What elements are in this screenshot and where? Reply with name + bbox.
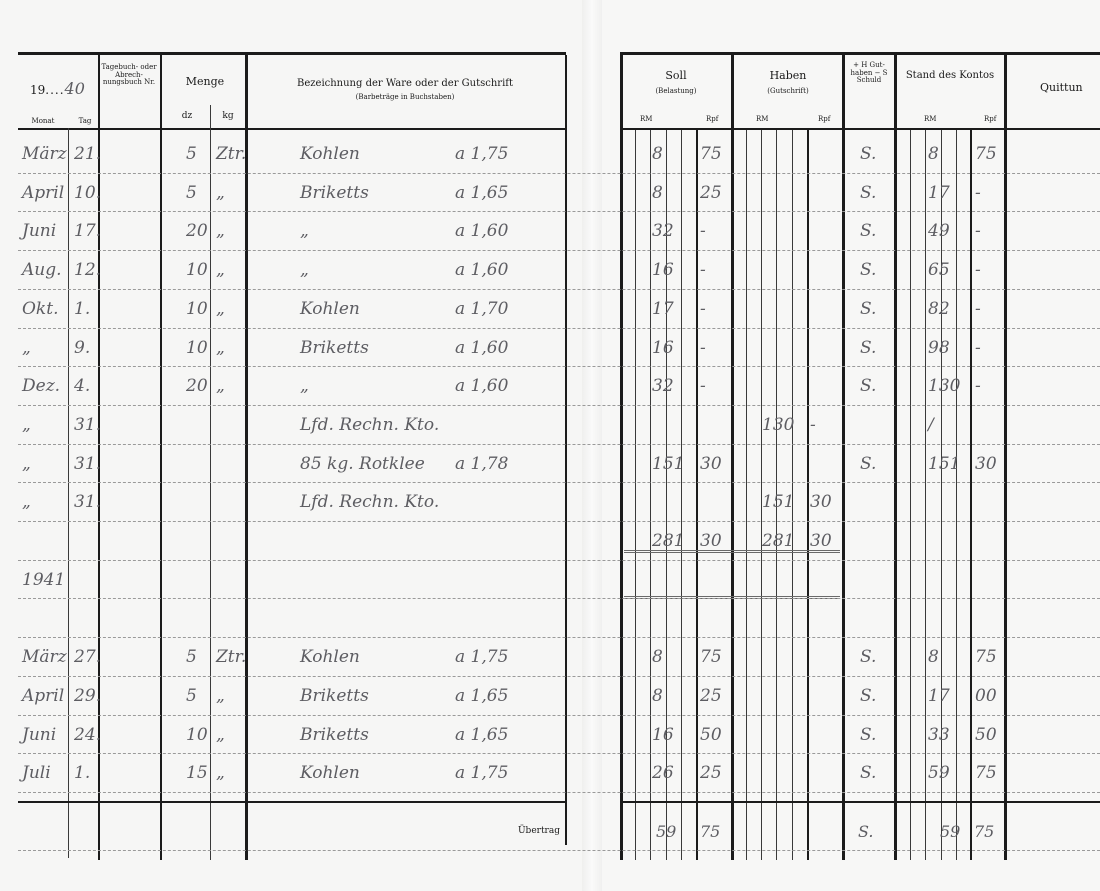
entry-soll-rpf: 50 xyxy=(700,725,722,745)
entry-stand-rm: 8 xyxy=(928,647,939,667)
row-line xyxy=(18,366,1100,367)
entry-soll-rm: 26 xyxy=(652,763,674,783)
entry-item: „ xyxy=(300,260,309,280)
entry-soll-rm: 8 xyxy=(652,647,663,667)
entry-day: 10. xyxy=(74,183,101,203)
entry-price: a 1,75 xyxy=(455,144,508,164)
entry-haben-rpf: - xyxy=(810,415,816,435)
entry-month: „ xyxy=(22,454,31,474)
entry-stand-rpf: 50 xyxy=(975,725,997,745)
left-ledger-page xyxy=(0,0,588,891)
entry-price: a 1,78 xyxy=(455,454,508,474)
entry-month: „ xyxy=(22,338,31,358)
entry-hs: S. xyxy=(860,338,876,358)
rule-stand-quittung xyxy=(1004,55,1007,860)
entry-item: Briketts xyxy=(300,725,369,745)
stand-digit-rule xyxy=(910,130,911,860)
entry-day: 12. xyxy=(74,260,101,280)
entry-item: Lfd. Rechn. Kto. xyxy=(300,415,439,435)
entry-item: Briketts xyxy=(300,183,369,203)
entry-soll-rpf: 30 xyxy=(700,454,722,474)
soll-digit-rule xyxy=(635,130,636,860)
entry-day: 1. xyxy=(74,299,90,319)
entry-soll-rm: 8 xyxy=(652,144,663,164)
entry-soll-rm: 16 xyxy=(652,725,674,745)
entry-qty: 10 xyxy=(186,338,208,358)
book-gutter xyxy=(582,0,602,891)
entry-item: „ xyxy=(300,221,309,241)
row-line xyxy=(18,753,1100,754)
entry-soll-rpf: 75 xyxy=(700,647,722,667)
entry-qty: 5 xyxy=(186,647,197,667)
entry-hs: S. xyxy=(860,260,876,280)
carryover-hs: S. xyxy=(858,822,873,841)
entry-stand-rpf: - xyxy=(975,338,981,358)
entry-unit: „ xyxy=(216,338,225,358)
entry-soll-rpf: 75 xyxy=(700,144,722,164)
year-label: 19....40 xyxy=(30,80,85,98)
entry-day: 31. xyxy=(74,492,101,512)
entry-soll-rpf: - xyxy=(700,221,706,241)
entry-item: Briketts xyxy=(300,338,369,358)
entry-stand-rpf: - xyxy=(975,221,981,241)
entry-haben-rpf: 30 xyxy=(810,492,832,512)
entry-qty: 10 xyxy=(186,260,208,280)
entry-item: „ xyxy=(300,376,309,396)
entry-day: 29. xyxy=(74,686,101,706)
col-kg-header: kg xyxy=(212,112,244,122)
entry-unit: „ xyxy=(216,725,225,745)
entry-price: a 1,65 xyxy=(455,725,508,745)
entry-item: Kohlen xyxy=(300,763,360,783)
entry-day: 21. xyxy=(74,144,101,164)
entry-price: a 1,60 xyxy=(455,338,508,358)
row-line xyxy=(18,250,1100,251)
soll-digit-rule xyxy=(650,130,651,860)
entry-price: a 1,60 xyxy=(455,376,508,396)
entry-soll-rm: 16 xyxy=(652,260,674,280)
entry-price: a 1,75 xyxy=(455,647,508,667)
entry-unit: „ xyxy=(216,376,225,396)
entry-month: „ xyxy=(22,492,31,512)
entry-qty: 20 xyxy=(186,221,208,241)
entry-qty: 15 xyxy=(186,763,208,783)
entry-month: Juni xyxy=(22,221,56,241)
entry-soll-rpf: 25 xyxy=(700,183,722,203)
entry-qty: 20 xyxy=(186,376,208,396)
entry-soll-rm: 281 xyxy=(652,531,684,551)
row-line xyxy=(18,792,1100,793)
entry-hs: S. xyxy=(860,725,876,745)
rule-qty-desc xyxy=(245,55,248,860)
entry-stand-rm: 151 xyxy=(928,454,960,474)
entry-unit: Ztr. xyxy=(216,647,246,667)
entry-hs: S. xyxy=(860,647,876,667)
entry-unit: „ xyxy=(216,686,225,706)
row-line xyxy=(18,715,1100,716)
soll-rpf-rule xyxy=(696,130,698,860)
entry-day: 9. xyxy=(74,338,90,358)
entry-soll-rpf: 30 xyxy=(700,531,722,551)
entry-soll-rm: 17 xyxy=(652,299,674,319)
col-soll-subheader: (Belastung) xyxy=(624,88,728,96)
right-top-rule xyxy=(620,52,1100,55)
entry-day: 31. xyxy=(74,454,101,474)
stand-digit-rule xyxy=(956,130,957,860)
entry-haben-rm: 130 xyxy=(762,415,794,435)
entry-hs: S. xyxy=(860,183,876,203)
entry-stand-rpf: 30 xyxy=(975,454,997,474)
entry-month: April xyxy=(22,686,64,706)
entry-hs: S. xyxy=(860,763,876,783)
entry-qty: 5 xyxy=(186,144,197,164)
col-month-header: Monat xyxy=(22,118,64,126)
stand-rpf-label: Rpf xyxy=(984,116,996,124)
left-header-rule xyxy=(18,128,566,130)
entry-stand-rpf: - xyxy=(975,376,981,396)
entry-soll-rpf: 25 xyxy=(700,763,722,783)
year-handwritten: 40 xyxy=(65,79,85,98)
carryover-row-line xyxy=(18,850,1100,851)
entry-stand-rpf: - xyxy=(975,183,981,203)
entry-month: Juni xyxy=(22,725,56,745)
entry-qty: 10 xyxy=(186,725,208,745)
entry-day: 31. xyxy=(74,415,101,435)
entry-month: Okt. xyxy=(22,299,58,319)
entry-stand-rm: 33 xyxy=(928,725,950,745)
entry-soll-rm: 32 xyxy=(652,376,674,396)
entry-item: Kohlen xyxy=(300,647,360,667)
entry-item: 85 kg. Rotklee xyxy=(300,454,425,474)
entry-month: Juli xyxy=(22,763,51,783)
col-day-header: Tag xyxy=(72,118,98,126)
entry-price: a 1,60 xyxy=(455,260,508,280)
entry-stand-rm: 49 xyxy=(928,221,950,241)
entry-stand-rpf: - xyxy=(975,260,981,280)
row-line xyxy=(18,289,1100,290)
entry-soll-rpf: - xyxy=(700,338,706,358)
entry-soll-rpf: - xyxy=(700,260,706,280)
entry-stand-rm: 130 xyxy=(928,376,960,396)
entry-hs: S. xyxy=(860,454,876,474)
rule-soll-haben xyxy=(731,55,734,860)
carryover-stand-rpf: 75 xyxy=(974,822,994,841)
row-line xyxy=(18,211,1100,212)
entry-day: 17. xyxy=(74,221,101,241)
stand-rpf-rule xyxy=(970,130,972,860)
carryover-soll-rm: 59 xyxy=(656,822,676,841)
entry-price: a 1,65 xyxy=(455,183,508,203)
entry-stand-rpf: 75 xyxy=(975,763,997,783)
entry-stand-rpf: 00 xyxy=(975,686,997,706)
entry-month: Aug. xyxy=(22,260,62,280)
stand-rm-label: RM xyxy=(924,116,936,124)
entry-stand-rm: / xyxy=(928,415,934,435)
entry-day: 1. xyxy=(74,763,90,783)
row-line xyxy=(18,444,1100,445)
entry-qty: 5 xyxy=(186,183,197,203)
entry-hs: S. xyxy=(860,144,876,164)
entry-stand-rm: 98 xyxy=(928,338,950,358)
entry-stand-rm: 82 xyxy=(928,299,950,319)
row-line xyxy=(18,637,1100,638)
entry-month: 1941 xyxy=(22,570,65,590)
col-hs-header: + H Gut- haben − S Schuld xyxy=(844,62,894,85)
entry-month: März xyxy=(22,144,67,164)
entry-unit: „ xyxy=(216,183,225,203)
entry-price: a 1,60 xyxy=(455,221,508,241)
haben-rpf-label: Rpf xyxy=(818,116,830,124)
entry-price: a 1,75 xyxy=(455,763,508,783)
rule-journal-qty xyxy=(160,55,162,860)
entry-haben-rm: 151 xyxy=(762,492,794,512)
entry-stand-rm: 17 xyxy=(928,183,950,203)
rule-month-day xyxy=(68,128,69,858)
entry-soll-rpf: - xyxy=(700,376,706,396)
entry-unit: „ xyxy=(216,763,225,783)
entry-hs: S. xyxy=(860,221,876,241)
row-line xyxy=(18,560,1100,561)
right-header-rule xyxy=(620,128,1100,130)
entry-soll-rm: 32 xyxy=(652,221,674,241)
entry-unit: „ xyxy=(216,221,225,241)
col-quantity-header: Menge xyxy=(162,76,248,88)
entry-stand-rm: 59 xyxy=(928,763,950,783)
row-line xyxy=(18,521,1100,522)
row-line xyxy=(18,173,1100,174)
col-stand-header: Stand des Kontos xyxy=(898,70,1002,81)
entry-soll-rpf: 25 xyxy=(700,686,722,706)
carryover-stand-rm: 59 xyxy=(940,822,960,841)
col-journal-header: Tagebuch- oder Abrech- nungsbuch Nr. xyxy=(100,64,158,87)
entry-stand-rpf: 75 xyxy=(975,647,997,667)
carryover-soll-rpf: 75 xyxy=(700,822,720,841)
haben-rm-label: RM xyxy=(756,116,768,124)
entry-stand-rpf: - xyxy=(975,299,981,319)
soll-rpf-label: Rpf xyxy=(706,116,718,124)
col-soll-header: Soll xyxy=(624,70,728,82)
entry-month: April xyxy=(22,183,64,203)
col-description-header: Bezeichnung der Ware oder der Gutschrift xyxy=(250,78,560,89)
stand-digit-rule xyxy=(925,130,926,860)
rule-haben-hs xyxy=(842,55,845,860)
row-line xyxy=(18,598,1100,599)
entry-price: a 1,70 xyxy=(455,299,508,319)
entry-item: Lfd. Rechn. Kto. xyxy=(300,492,439,512)
entry-day: 4. xyxy=(74,376,90,396)
entry-month: März xyxy=(22,647,67,667)
entry-item: Briketts xyxy=(300,686,369,706)
soll-digit-rule xyxy=(681,130,682,860)
rule-right-outer xyxy=(620,55,623,860)
left-bottom-rule xyxy=(18,801,566,803)
entry-unit: „ xyxy=(216,260,225,280)
row-line xyxy=(18,405,1100,406)
entry-soll-rm: 16 xyxy=(652,338,674,358)
col-haben-subheader: (Gutschrift) xyxy=(736,88,840,96)
row-line xyxy=(18,328,1100,329)
entry-unit: Ztr. xyxy=(216,144,246,164)
haben-rpf-rule xyxy=(807,130,809,860)
row-line xyxy=(18,482,1100,483)
carryover-label: Übertrag xyxy=(480,827,560,837)
entry-haben-rm: 281 xyxy=(762,531,794,551)
entry-day: 27. xyxy=(74,647,101,667)
entry-hs: S. xyxy=(860,686,876,706)
entry-price: a 1,65 xyxy=(455,686,508,706)
col-haben-header: Haben xyxy=(736,70,840,82)
haben-digit-rule xyxy=(746,130,747,860)
entry-hs: S. xyxy=(860,376,876,396)
col-quittung-header: Quittun xyxy=(1040,82,1100,94)
left-top-rule xyxy=(18,52,566,55)
col-dz-header: dz xyxy=(164,112,210,122)
entry-soll-rm: 151 xyxy=(652,454,684,474)
rule-hs-stand xyxy=(894,55,897,860)
right-bottom-rule xyxy=(620,801,1100,803)
soll-rm-label: RM xyxy=(640,116,652,124)
entry-day: 24. xyxy=(74,725,101,745)
entry-qty: 5 xyxy=(186,686,197,706)
entry-unit: „ xyxy=(216,299,225,319)
row-line xyxy=(18,676,1100,677)
entry-soll-rm: 8 xyxy=(652,183,663,203)
entry-stand-rm: 8 xyxy=(928,144,939,164)
entry-qty: 10 xyxy=(186,299,208,319)
entry-month: „ xyxy=(22,415,31,435)
entry-stand-rpf: 75 xyxy=(975,144,997,164)
entry-month: Dez. xyxy=(22,376,60,396)
entry-stand-rm: 17 xyxy=(928,686,950,706)
col-description-subheader: (Barbeträge in Buchstaben) xyxy=(250,94,560,102)
entry-item: Kohlen xyxy=(300,299,360,319)
entry-soll-rm: 8 xyxy=(652,686,663,706)
entry-soll-rpf: - xyxy=(700,299,706,319)
entry-stand-rm: 65 xyxy=(928,260,950,280)
entry-haben-rpf: 30 xyxy=(810,531,832,551)
entry-hs: S. xyxy=(860,299,876,319)
entry-item: Kohlen xyxy=(300,144,360,164)
